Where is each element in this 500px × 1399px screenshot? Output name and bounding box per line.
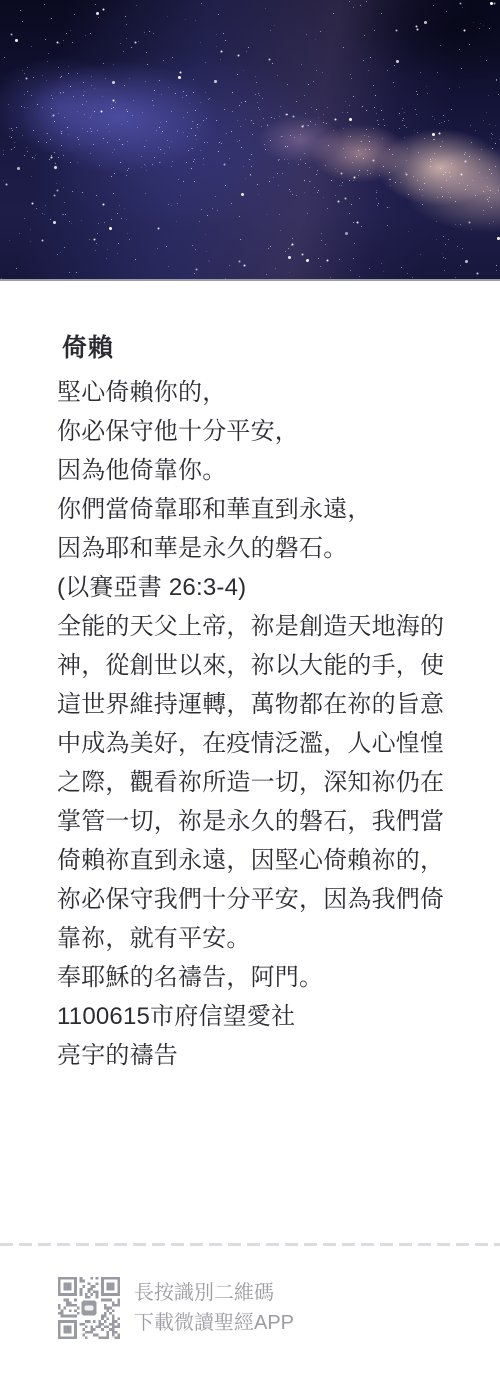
prayer-line: 靠祢，就有平安。 <box>57 919 460 958</box>
verse-reference: (以賽亞書 26:3-4) <box>57 568 460 607</box>
prayer-line: 1100615市府信望愛社 <box>57 997 460 1036</box>
scripture-card: 倚賴 堅心倚賴你的，你必保守他十分平安，因為他倚靠你。你們當倚靠耶和華直到永遠，… <box>0 281 500 1075</box>
prayer-block: 全能的天父上帝，祢是創造天地海的神，從創世以來，祢以大能的手，使這世界維持運轉，… <box>57 607 460 1075</box>
verse-line: 因為他倚靠你。 <box>57 451 460 490</box>
prayer-line: 神，從創世以來，祢以大能的手，使 <box>57 646 460 685</box>
verse-line: 因為耶和華是永久的磐石。 <box>57 529 460 568</box>
prayer-line: 祢必保守我們十分平安，因為我們倚 <box>57 880 460 919</box>
prayer-line: 奉耶穌的名禱告，阿門。 <box>57 958 460 997</box>
prayer-line: 這世界維持運轉，萬物都在祢的旨意 <box>57 685 460 724</box>
prayer-line: 亮宇的禱告 <box>57 1036 460 1075</box>
qr-hint-line2: 下載微讀聖經APP <box>134 1308 294 1338</box>
prayer-line: 全能的天父上帝，祢是創造天地海的 <box>57 607 460 646</box>
hero-image <box>0 0 500 281</box>
prayer-line: 之際，觀看祢所造一切，深知祢仍在 <box>57 763 460 802</box>
prayer-line: 倚賴祢直到永遠，因堅心倚賴祢的， <box>57 841 460 880</box>
prayer-line: 中成為美好，在疫情泛濫，人心惶惶 <box>57 724 460 763</box>
bright-stars <box>0 0 1 1</box>
verse-block: 堅心倚賴你的，你必保守他十分平安，因為他倚靠你。你們當倚靠耶和華直到永遠，因為耶… <box>57 373 460 568</box>
footer: 長按識別二維碼 下載微讀聖經APP <box>0 1277 500 1339</box>
verse-line: 你必保守他十分平安， <box>57 412 460 451</box>
prayer-line: 掌管一切，祢是永久的磐石，我們當 <box>57 802 460 841</box>
verse-line: 你們當倚靠耶和華直到永遠， <box>57 490 460 529</box>
qr-code[interactable] <box>58 1277 120 1339</box>
page-title: 倚賴 <box>62 333 460 363</box>
verse-line: 堅心倚賴你的， <box>57 373 460 412</box>
footer-hints: 長按識別二維碼 下載微讀聖經APP <box>134 1278 294 1338</box>
dashed-divider <box>0 1243 500 1246</box>
qr-hint-line1: 長按識別二維碼 <box>134 1278 294 1308</box>
